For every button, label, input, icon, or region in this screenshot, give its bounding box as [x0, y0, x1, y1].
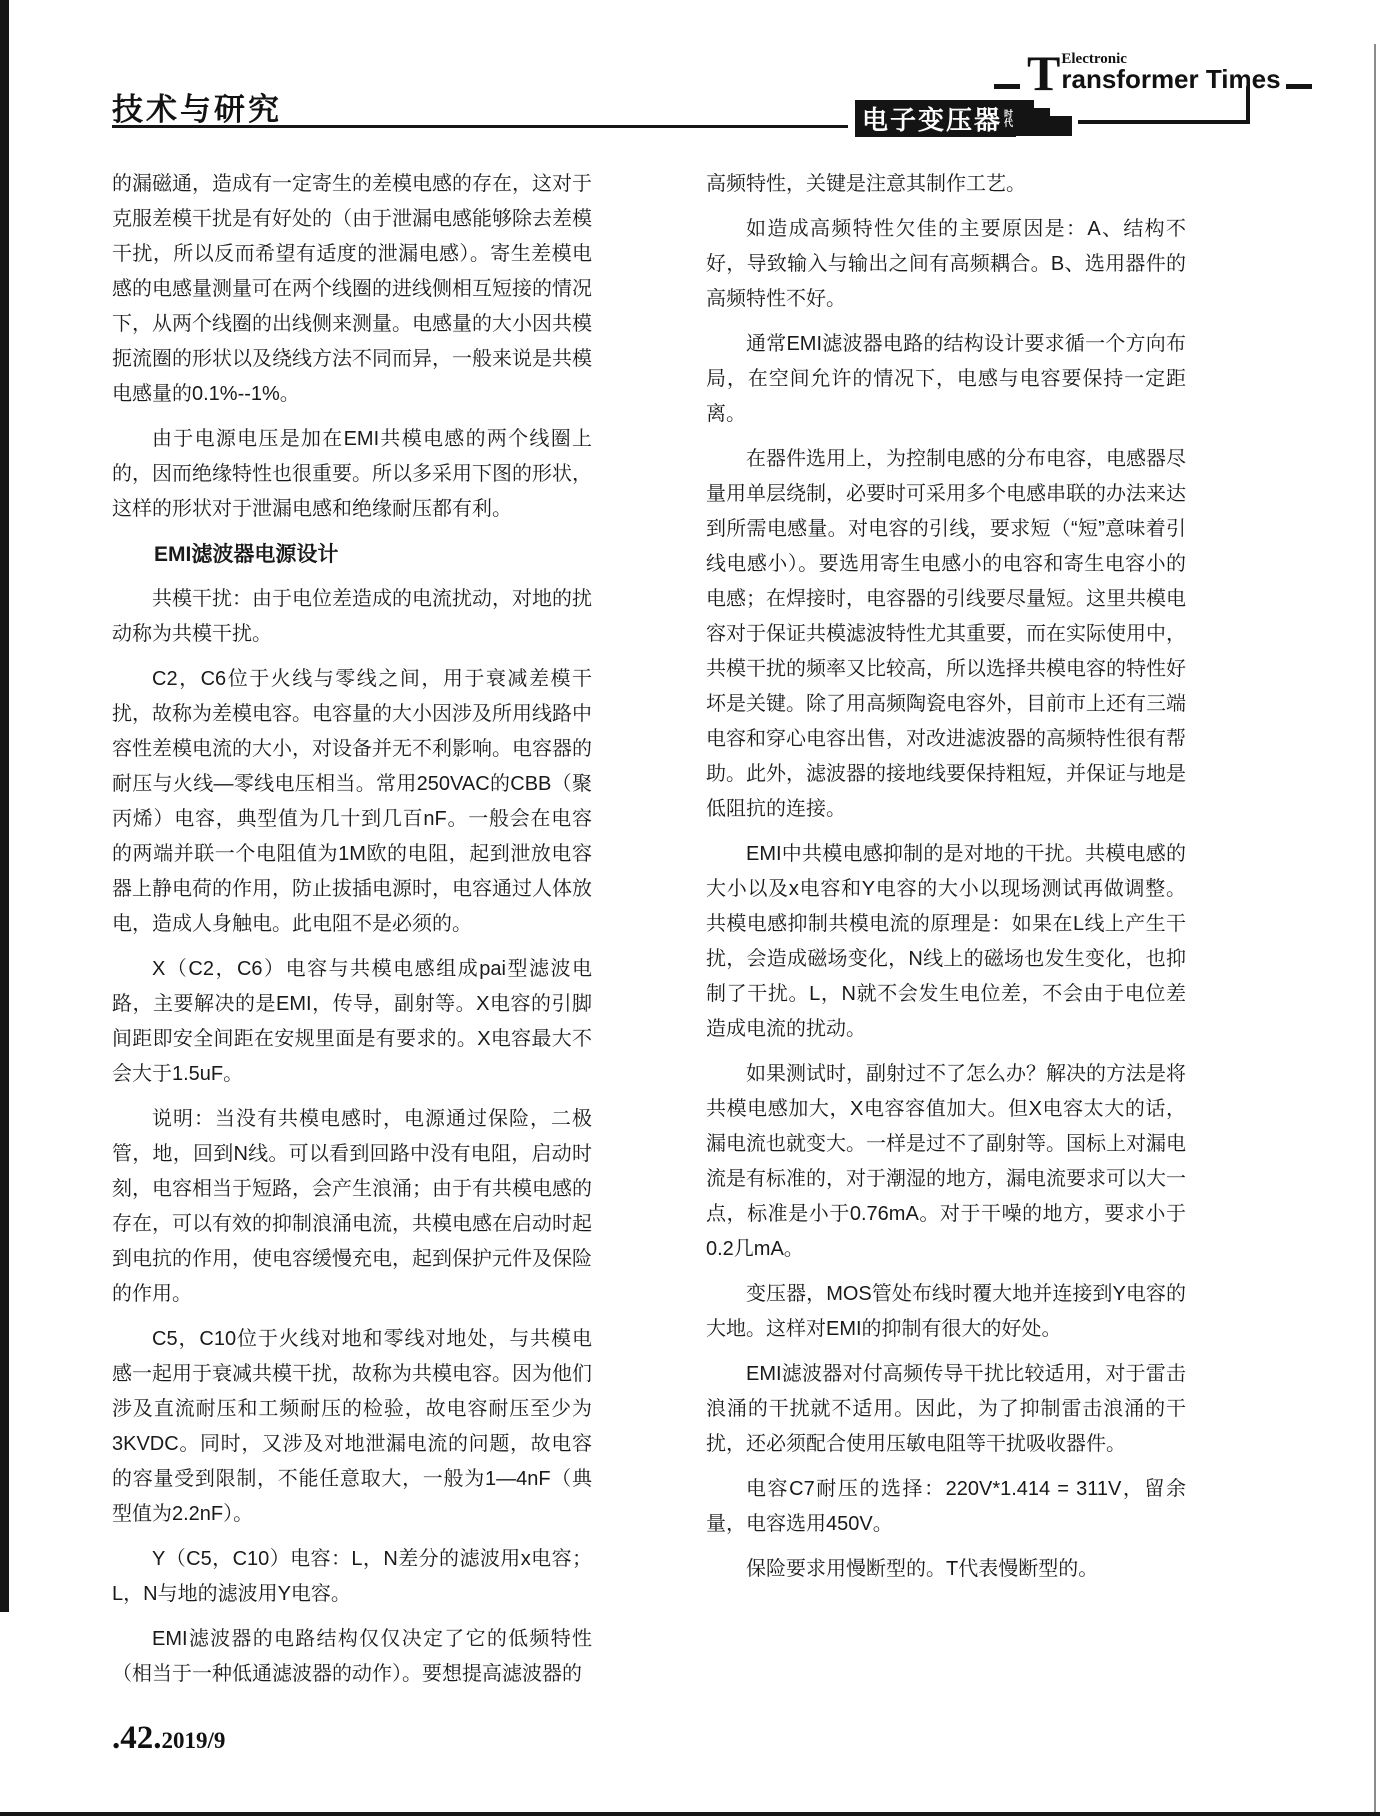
left-edge-bar — [0, 0, 9, 1612]
paragraph: X（C2，C6）电容与共模电感组成pai型滤波电路，主要解决的是EMI，传导，副… — [112, 952, 592, 1092]
section-title: 技术与研究 — [112, 84, 282, 129]
bottom-edge-line — [0, 1812, 1380, 1816]
paragraph: 的漏磁通，造成有一定寄生的差模电感的存在，这对于克服差模干扰是有好处的（由于泄漏… — [112, 167, 592, 412]
paragraph: 在器件选用上，为控制电感的分布电容，电感器尽量用单层绕制，必要时可采用多个电感串… — [706, 442, 1186, 827]
paragraph: EMI中共模电感抑制的是对地的干扰。共模电感的大小以及x电容和Y电容的大小以现场… — [706, 837, 1186, 1047]
paragraph: EMI滤波器的电路结构仅仅决定了它的低频特性（相当于一种低通滤波器的动作）。要想… — [112, 1622, 592, 1692]
paragraph: 变压器，MOS管处布线时覆大地并连接到Y电容的大地。这样对EMI的抑制有很大的好… — [706, 1277, 1186, 1347]
paragraph: 通常EMI滤波器电路的结构设计要求循一个方向布局，在空间允许的情况下，电感与电容… — [706, 327, 1186, 432]
paragraph: 由于电源电压是加在EMI共模电感的两个线圈上的，因而绝缘特性也很重要。所以多采用… — [112, 422, 592, 527]
footer: .42.2019/9 — [112, 1720, 225, 1757]
magazine-logo-cn-subtext-bottom: 代 — [1004, 119, 1013, 128]
section-title-underline — [112, 125, 848, 128]
paragraph: EMI滤波器对付高频传导干扰比较适用，对于雷击浪涌的干扰就不适用。因此，为了抑制… — [706, 1357, 1186, 1462]
logo-corner-horizontal-line — [1078, 120, 1250, 124]
paragraph: 保险要求用慢断型的。T代表慢断型的。 — [706, 1552, 1186, 1587]
logo-corner-vertical-line — [1246, 86, 1250, 124]
magazine-logo-en: T Electronic ransformer Times — [994, 52, 1312, 94]
right-column: 高频特性，关键是注意其制作工艺。如造成高频特性欠佳的主要原因是：A、结构不好，导… — [706, 167, 1186, 1597]
right-edge-line — [1374, 44, 1376, 1814]
page-number: .42. — [112, 1720, 162, 1756]
paragraph: 说明：当没有共模电感时，电源通过保险，二极管，地，回到N线。可以看到回路中没有电… — [112, 1102, 592, 1312]
logo-dash-left — [994, 84, 1020, 89]
paragraph: C2，C6位于火线与零线之间，用于衰减差模干扰，故称为差模电容。电容量的大小因涉… — [112, 662, 592, 942]
paragraph: 高频特性，关键是注意其制作工艺。 — [706, 167, 1186, 202]
logo-initial: T — [1027, 52, 1060, 94]
subheading: EMI滤波器电源设计 — [112, 537, 592, 572]
left-column: 的漏磁通，造成有一定寄生的差模电感的存在，这对于克服差模干扰是有好处的（由于泄漏… — [112, 167, 592, 1702]
logo-dash-right — [1286, 84, 1312, 89]
paragraph: 电容C7耐压的选择：220V*1.414 = 311V，留余量，电容选用450V… — [706, 1472, 1186, 1542]
magazine-logo-cn: 电子变压器 时 代 — [855, 100, 1016, 137]
magazine-logo-cn-text: 电子变压器 — [862, 100, 1002, 137]
magazine-page: 技术与研究 电子变压器 时 代 T Electronic ransformer … — [0, 0, 1380, 1820]
paragraph: 共模干扰：由于电位差造成的电流扰动，对地的扰动称为共模干扰。 — [112, 582, 592, 652]
paragraph: Y（C5，C10）电容：L，N差分的滤波用x电容；L，N与地的滤波用Y电容。 — [112, 1542, 592, 1612]
paragraph: 如造成高频特性欠佳的主要原因是：A、结构不好，导致输入与输出之间有高频耦合。B、… — [706, 212, 1186, 317]
paragraph: 如果测试时，副射过不了怎么办？解决的方法是将共模电感加大，X电容容值加大。但X电… — [706, 1057, 1186, 1267]
issue-label: 2019/9 — [162, 1728, 226, 1753]
magazine-logo-cn-subtext: 时 代 — [1004, 110, 1013, 128]
paragraph: C5，C10位于火线对地和零线对地处，与共模电感一起用于衰减共模干扰，故称为共模… — [112, 1322, 592, 1532]
